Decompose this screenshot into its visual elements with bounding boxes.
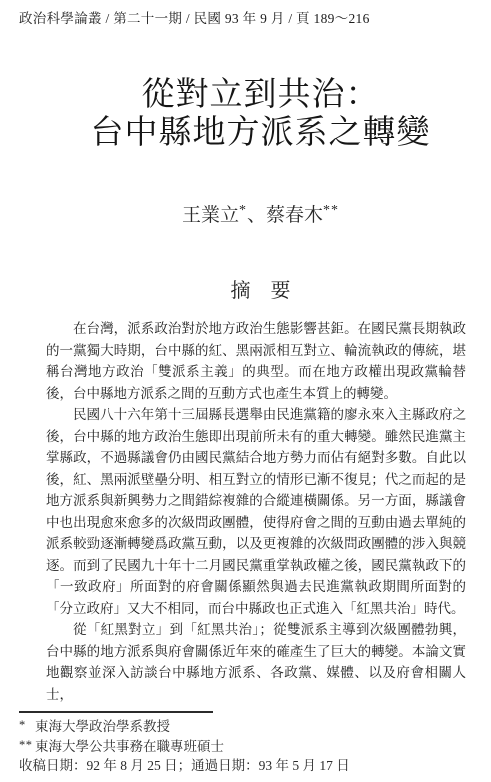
paper-title-line-2: 台中縣地方派系之轉變	[30, 115, 491, 153]
footnote-2-text: 東海大學公共事務在職專班碩士	[35, 739, 224, 754]
abstract-body: 在台灣，派系政治對於地方政治生態影響甚鉅。在國民黨長期執政的一黨獨大時期，台中縣…	[46, 318, 466, 705]
abstract-paragraph-1: 在台灣，派系政治對於地方政治生態影響甚鉅。在國民黨長期執政的一黨獨大時期，台中縣…	[46, 318, 466, 404]
footnote-author-2: **東海大學公共事務在職專班碩士	[19, 736, 481, 756]
paper-page: 政治科學論叢 / 第二十一期 / 民國 93 年 9 月 / 頁 189～216…	[0, 0, 491, 782]
footnotes-block: *東海大學政治學系教授 **東海大學公共事務在職專班碩士 收稿日期：92 年 8…	[19, 716, 481, 776]
footnote-1-mark: *	[19, 716, 35, 735]
manuscript-dates-line: 收稿日期：92 年 8 月 25 日；通過日期：93 年 5 月 17 日	[19, 756, 481, 775]
authors-separator: 、	[247, 205, 266, 226]
abstract-paragraph-2: 民國八十六年第十三屆縣長選舉由民進黨籍的廖永來入主縣政府之後，台中縣的地方政治生…	[46, 404, 466, 619]
author-2-footnote-mark: **	[323, 203, 339, 218]
footnote-2-mark: **	[19, 736, 35, 755]
abstract-paragraph-3: 從「紅黑對立」到「紅黑共治」；從雙派系主導到次級團體勃興，台中縣的地方派系與府會…	[46, 619, 466, 705]
author-2-name: 蔡春木	[266, 205, 323, 226]
footnote-separator-rule	[19, 711, 213, 713]
author-1-footnote-mark: *	[239, 203, 247, 218]
authors-line: 王業立*、蔡春木**	[30, 199, 491, 228]
footnote-author-1: *東海大學政治學系教授	[19, 716, 481, 736]
paper-title: 從對立到共治： 台中縣地方派系之轉變	[30, 77, 491, 152]
paper-title-line-1: 從對立到共治：	[30, 77, 491, 115]
journal-header-line: 政治科學論叢 / 第二十一期 / 民國 93 年 9 月 / 頁 189～216	[19, 10, 370, 28]
author-1-name: 王業立	[182, 205, 239, 226]
abstract-heading: 摘 要	[30, 279, 491, 303]
footnote-1-text: 東海大學政治學系教授	[35, 719, 170, 734]
